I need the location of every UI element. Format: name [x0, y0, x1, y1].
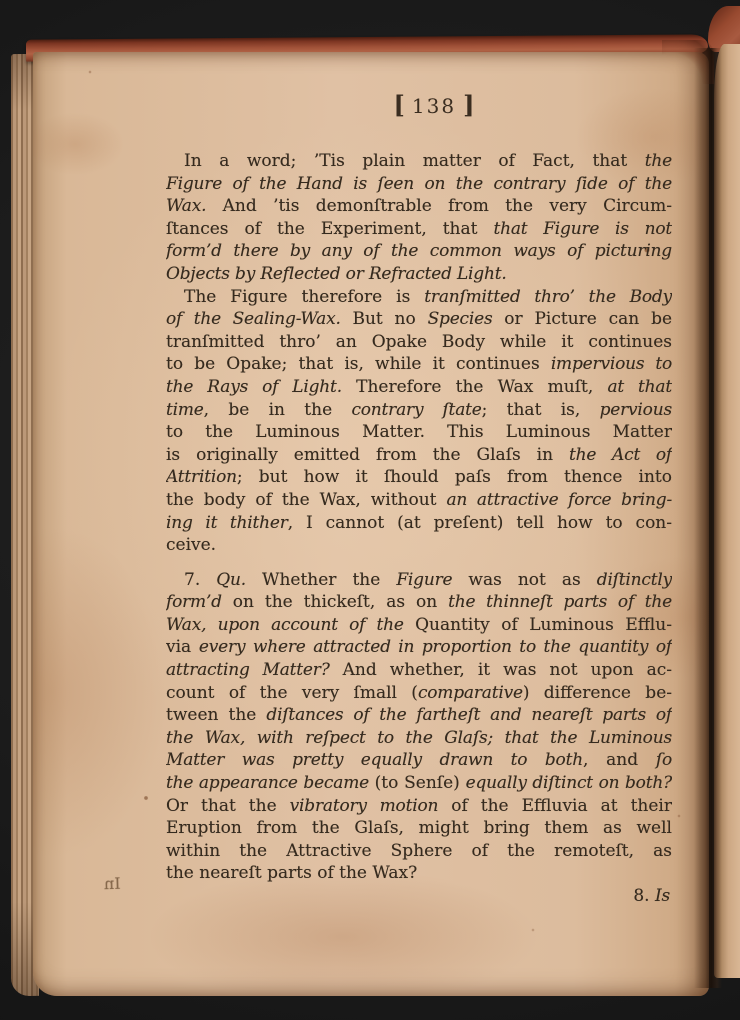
- page-number-inner: [138]: [394, 98, 475, 117]
- italic-text-segment: the Wax, with reſpect to the Glaſs; that…: [166, 728, 672, 748]
- roman-text-segment: Or that the: [166, 796, 290, 816]
- text-line: of the Sealing-Wax. But no Species or Pi…: [166, 308, 672, 331]
- text-line: attracting Matter? And whether, it was n…: [166, 659, 672, 682]
- paragraph-2: The Figure therefore is tranſmitted thro…: [166, 286, 672, 557]
- text-line: tranſmitted thro’ an Opake Body while it…: [166, 331, 672, 354]
- text-line: form’d there by any of the common ways o…: [166, 240, 672, 263]
- roman-text-segment: 7.: [184, 570, 216, 590]
- italic-text-segment: of the Sealing-Wax.: [166, 309, 341, 329]
- text-line: Attrition; but how it ſhould paſs from t…: [166, 466, 672, 489]
- italic-text-segment: the: [645, 151, 672, 171]
- italic-text-segment: time: [166, 400, 204, 420]
- italic-text-segment: Figure: [396, 570, 452, 590]
- text-line: ceive.: [166, 534, 672, 557]
- roman-text-segment: , be in the: [204, 400, 352, 420]
- roman-text-segment: ; that is,: [482, 400, 600, 420]
- italic-text-segment: the appearance became: [166, 773, 375, 793]
- roman-text-segment: to be Opake; that is, while it continues: [166, 354, 551, 374]
- text-line: via every where attracted in proportion …: [166, 636, 672, 659]
- roman-text-segment: And ’tis demonſtrable from the very Circ…: [206, 196, 672, 216]
- roman-text-segment: ) difference be-: [523, 683, 672, 703]
- roman-text-segment: Quantity of Luminous Efflu-: [415, 615, 672, 635]
- text-line: the Rays of Light. Therefore the Wax muſ…: [166, 376, 672, 399]
- text-line: to be Opake; that is, while it continues…: [166, 353, 672, 376]
- scan-background: { "folio": { "open": "[", "number": "138…: [0, 0, 740, 1020]
- roman-text-segment: the neareſt parts of the Wax?: [166, 863, 417, 883]
- italic-text-segment: impervious to: [551, 354, 672, 374]
- roman-text-segment: tween the: [166, 705, 266, 725]
- roman-text-segment: (to Senſe): [375, 773, 466, 793]
- italic-text-segment: the Rays of Light.: [166, 377, 342, 397]
- page-number: [138]: [166, 90, 672, 119]
- folio-close-bracket: ]: [463, 90, 474, 119]
- gutter-shadow: [694, 48, 722, 988]
- text-line: is originally emitted from the Glaſs in …: [166, 444, 672, 467]
- italic-text-segment: Attrition: [166, 467, 237, 487]
- roman-text-segment: But no: [341, 309, 428, 329]
- italic-text-segment: at that: [607, 377, 672, 397]
- text-line: the Wax, with reſpect to the Glaſs; that…: [166, 727, 672, 750]
- italic-text-segment: the Act of: [569, 445, 672, 465]
- paragraphs: In a word; ’Tis plain matter of Fact, th…: [166, 150, 672, 885]
- italic-text-segment: Objects by Reflected or Refracted Light.: [166, 264, 507, 284]
- italic-text-segment: diſtances of the fartheſt and neareſt pa…: [266, 705, 672, 725]
- text-line: Matter was pretty equally drawn to both,…: [166, 749, 672, 772]
- italic-text-segment: Wax, upon account of the: [166, 615, 415, 635]
- italic-text-segment: equally diſtinct on both?: [466, 773, 672, 793]
- text-line: tween the diſtances of the fartheſt and …: [166, 704, 672, 727]
- text-line: Or that the vibratory motion of the Effl…: [166, 795, 672, 818]
- italic-text-segment: every where attracted in proportion to t…: [199, 637, 672, 657]
- roman-text-segment: ſtances of the Experiment, that: [166, 219, 493, 239]
- roman-text-segment: Eruption from the Glaſs, might bring the…: [166, 818, 672, 838]
- roman-text-segment: , I cannot (at preſent) tell how to con-: [288, 513, 672, 533]
- text-line: form’d on the thickeſt, as on the thinne…: [166, 591, 672, 614]
- text-block: In a word; ’Tis plain matter of Fact, th…: [166, 150, 672, 908]
- roman-text-segment: Therefore the Wax muſt,: [342, 377, 608, 397]
- italic-text-segment: Figure of the Hand is ſeen on the contra…: [166, 174, 672, 194]
- roman-text-segment: was not as: [452, 570, 596, 590]
- italic-text-segment: tranſmitted thro’ the Body: [424, 287, 672, 307]
- text-line: In a word; ’Tis plain matter of Fact, th…: [166, 150, 672, 173]
- roman-text-segment: ; but how it ſhould paſs from thence int…: [237, 467, 672, 487]
- roman-text-segment: The Figure therefore is: [184, 287, 424, 307]
- italic-text-segment: vibratory motion: [290, 796, 439, 816]
- text-line: within the Attractive Sphere of the remo…: [166, 840, 672, 863]
- italic-text-segment: Qu.: [216, 570, 246, 590]
- ghost-show-through-text: In: [104, 874, 121, 893]
- text-line: Wax. And ’tis demonſtrable from the very…: [166, 195, 672, 218]
- roman-text-segment: of the Effluvia at their: [438, 796, 672, 816]
- roman-text-segment: 8.: [633, 886, 655, 906]
- italic-text-segment: comparative: [418, 683, 523, 703]
- roman-text-segment: Whether the: [246, 570, 396, 590]
- text-line: ing it thither, I cannot (at preſent) te…: [166, 512, 672, 535]
- roman-text-segment: on the thickeſt, as on: [222, 592, 448, 612]
- italic-text-segment: an attractive force bring-: [446, 490, 672, 510]
- italic-text-segment: attracting Matter?: [166, 660, 330, 680]
- text-line: Eruption from the Glaſs, might bring the…: [166, 817, 672, 840]
- roman-text-segment: via: [166, 637, 199, 657]
- text-line: the neareſt parts of the Wax?: [166, 862, 672, 885]
- text-line: ſtances of the Experiment, that that Fig…: [166, 218, 672, 241]
- text-line: to the Luminous Matter. This Luminous Ma…: [166, 421, 672, 444]
- roman-text-segment: within the Attractive Sphere of the remo…: [166, 841, 672, 861]
- text-line: the body of the Wax, without an attracti…: [166, 489, 672, 512]
- italic-text-segment: form’d: [166, 592, 222, 612]
- italic-text-segment: form’d there by any of the common ways o…: [166, 241, 672, 261]
- roman-text-segment: In a word; ’Tis plain matter of Fact, th…: [184, 151, 645, 171]
- italic-text-segment: Matter was pretty equally drawn to both: [166, 750, 583, 770]
- italic-text-segment: Is: [655, 886, 670, 906]
- text-line: Figure of the Hand is ſeen on the contra…: [166, 173, 672, 196]
- folio-open-bracket: [: [394, 90, 405, 119]
- italic-text-segment: diſtinctly: [597, 570, 672, 590]
- catchword: 8. Is: [166, 885, 672, 908]
- text-line: count of the very ſmall (comparative) di…: [166, 682, 672, 705]
- text-line: Wax, upon account of the Quantity of Lum…: [166, 614, 672, 637]
- italic-text-segment: ſo: [656, 750, 672, 770]
- paragraph-3: 7. Qu. Whether the Figure was not as diſ…: [166, 569, 672, 885]
- paragraph-1: In a word; ’Tis plain matter of Fact, th…: [166, 150, 672, 286]
- text-line: Objects by Reflected or Refracted Light.: [166, 263, 672, 286]
- text-line: the appearance became (to Senſe) equally…: [166, 772, 672, 795]
- italic-text-segment: contrary ſtate: [351, 400, 481, 420]
- roman-text-segment: count of the very ſmall (: [166, 683, 418, 703]
- roman-text-segment: the body of the Wax, without: [166, 490, 446, 510]
- italic-text-segment: ing it thither: [166, 513, 288, 533]
- roman-text-segment: tranſmitted thro’ an Opake Body while it…: [166, 332, 672, 352]
- italic-text-segment: Wax.: [166, 196, 206, 216]
- italic-text-segment: pervious: [600, 400, 672, 420]
- roman-text-segment: or Picture can be: [493, 309, 673, 329]
- folio-number: 138: [405, 94, 463, 118]
- text-line: 7. Qu. Whether the Figure was not as diſ…: [166, 569, 672, 592]
- italic-text-segment: Species: [428, 309, 493, 329]
- text-line: time, be in the contrary ſtate; that is,…: [166, 399, 672, 422]
- roman-text-segment: , and: [583, 750, 656, 770]
- roman-text-segment: And whether, it was not upon ac-: [330, 660, 672, 680]
- italic-text-segment: that Figure is not: [493, 219, 672, 239]
- roman-text-segment: to the Luminous Matter. This Luminous Ma…: [166, 422, 672, 442]
- roman-text-segment: ceive.: [166, 535, 216, 555]
- text-line: The Figure therefore is tranſmitted thro…: [166, 286, 672, 309]
- italic-text-segment: the thinneſt parts of the: [448, 592, 672, 612]
- roman-text-segment: is originally emitted from the Glaſs in: [166, 445, 569, 465]
